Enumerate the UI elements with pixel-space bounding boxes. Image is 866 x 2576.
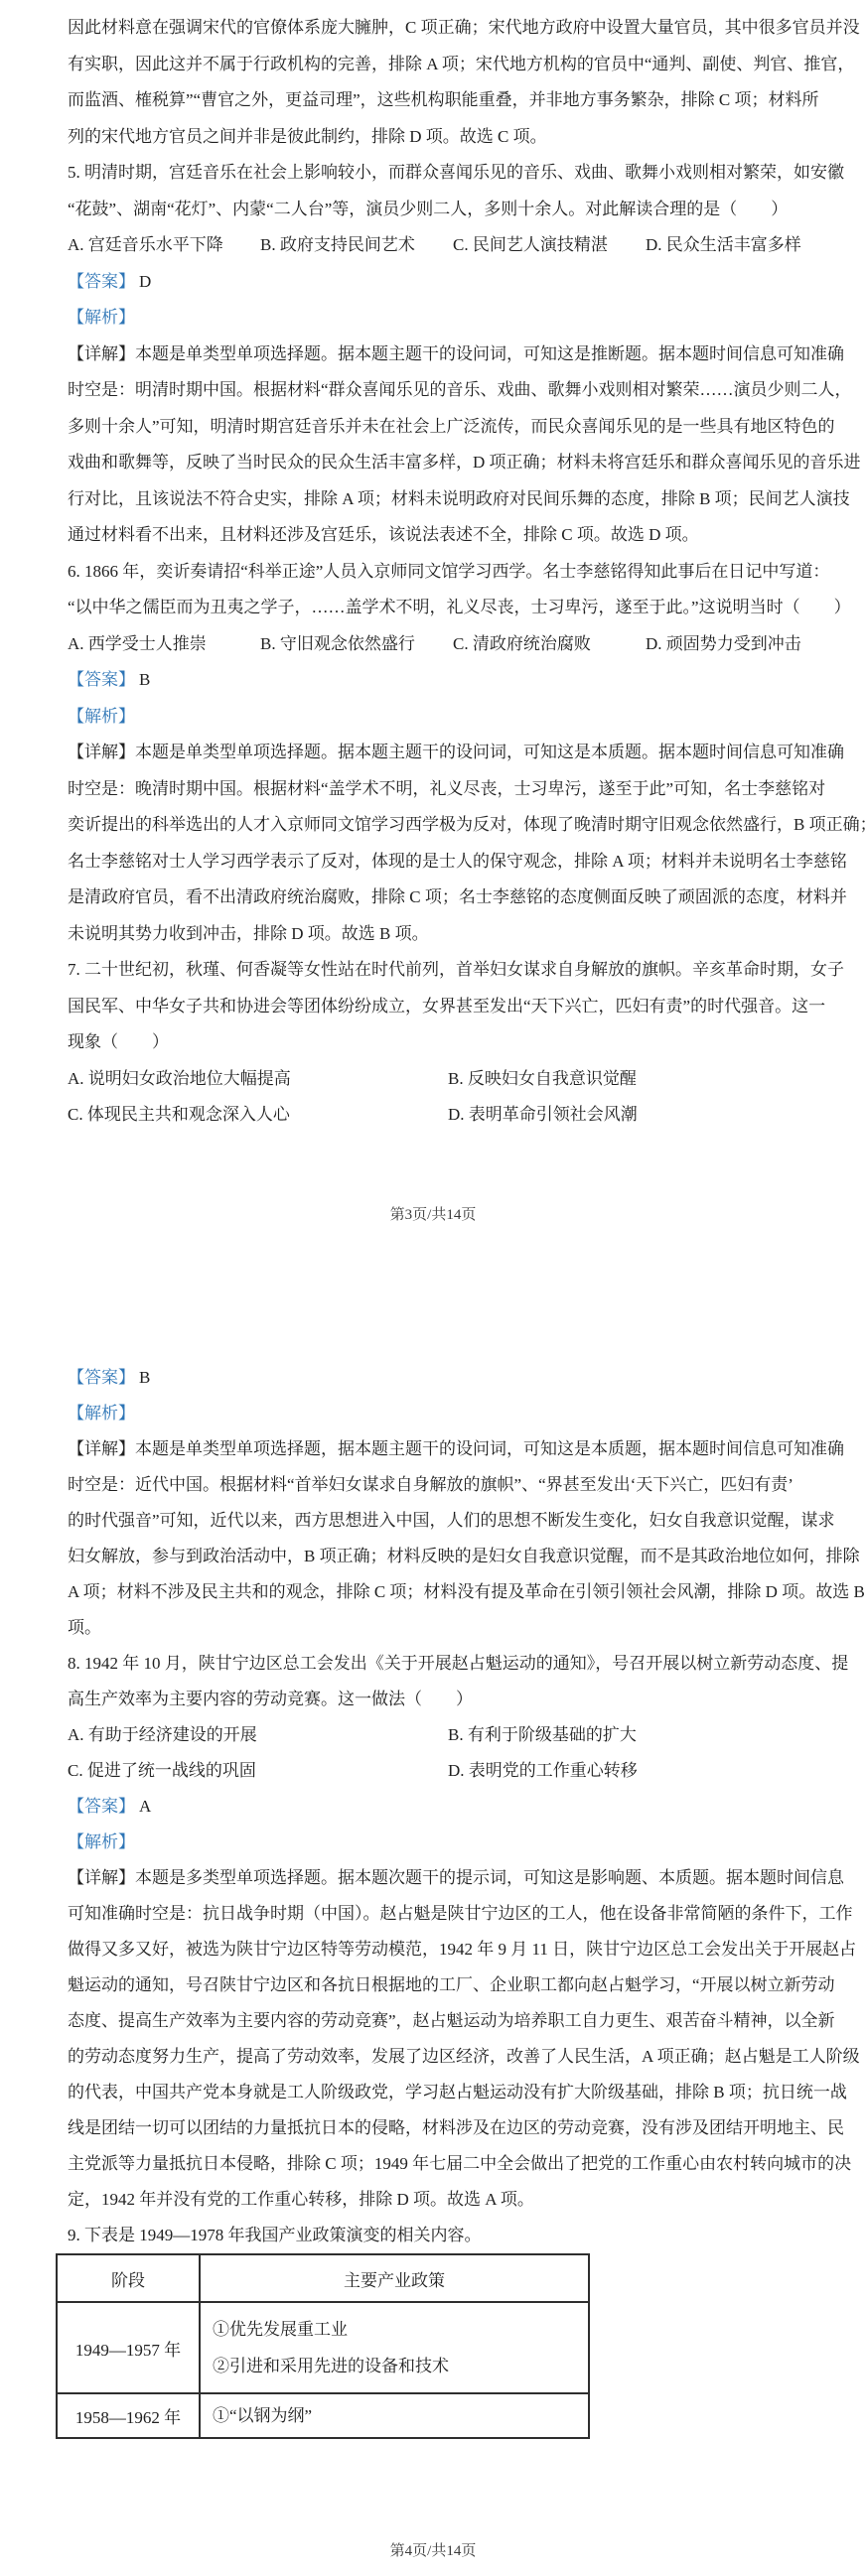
text-line: 未说明其势力收到冲击，排除 D 项。故选 B 项。	[68, 916, 852, 953]
text-line: 9. 下表是 1949—1978 年我国产业政策演变的相关内容。	[68, 2218, 852, 2253]
text-line: 现象（ ）	[68, 1024, 852, 1061]
option-label: A. 宫廷音乐水平下降	[68, 227, 260, 264]
options-line: C. 促进了统一战线的巩固D. 表明党的工作重心转移	[68, 1753, 852, 1789]
option-label: D. 民众生活丰富多样	[646, 227, 801, 264]
stage-cell: 1958—1962 年	[57, 2393, 200, 2438]
text-line: 通过材料看不出来，且材料还涉及宫廷乐，该说法表述不全，排除 C 项。故选 D 项…	[68, 517, 852, 554]
option-label: B. 守旧观念依然盛行	[260, 626, 453, 663]
option-label: A. 说明妇女政治地位大幅提高	[68, 1061, 448, 1098]
answer-line: 【答案】B	[68, 1360, 852, 1396]
options-line: A. 西学受士人推崇B. 守旧观念依然盛行C. 清政府统治腐败D. 顽固势力受到…	[68, 626, 852, 663]
table-header-policy: 主要产业政策	[200, 2254, 589, 2302]
option-label: C. 民间艺人演技精湛	[453, 227, 646, 264]
text-line: 【详解】本题是多类型单项选择题。据本题次题干的提示词，可知这是影响题、本质题。据…	[68, 1860, 852, 1896]
table-header-row: 阶段 主要产业政策	[57, 2254, 589, 2302]
stage-cell: 1949—1957 年	[57, 2302, 200, 2393]
analysis-label: 【解析】	[68, 707, 135, 726]
text-line: 的代表，中国共产党本身就是工人阶级政党，学习赵占魁运动没有扩大阶级基础，排除 B…	[68, 2075, 852, 2110]
text-line: 戏曲和歌舞等，反映了当时民众的民众生活丰富多样，D 项正确；材料未将宫廷乐和群众…	[68, 445, 852, 481]
policy-line: ②引进和采用先进的设备和技术	[201, 2348, 588, 2384]
policy-cell: ①优先发展重工业②引进和采用先进的设备和技术	[200, 2302, 589, 2393]
text-line: 而监酒、榷税算”“曹官之外，更益司理”，这些机构职能重叠，并非地方事务繁杂，排除…	[68, 82, 852, 119]
text-line: 6. 1866 年，奕䜣奏请招“科举正途”人员入京师同文馆学习西学。名士李慈铭得…	[68, 554, 852, 591]
text-line: 时空是：近代中国。根据材料“首举妇女谋求自身解放的旗帜”、“界甚至发出‘天下兴亡…	[68, 1467, 852, 1503]
answer-value: B	[139, 1368, 150, 1387]
analysis-line: 【解析】	[68, 1396, 852, 1431]
policy-line: ①“以钢为纲”	[201, 2397, 588, 2434]
text-line: 时空是：明清时期中国。根据材料“群众喜闻乐见的音乐、戏曲、歌舞小戏则相对繁荣………	[68, 372, 852, 409]
text-line: 妇女解放，参与到政治活动中，B 项正确；材料反映的是妇女自我意识觉醒，而不是其政…	[68, 1539, 852, 1574]
text-line: 可知准确时空是：抗日战争时期（中国）。赵占魁是陕甘宁边区的工人，他在设备非常简陋…	[68, 1896, 852, 1932]
option-label: B. 有利于阶级基础的扩大	[448, 1717, 637, 1753]
text-line: 魁运动的通知，号召陕甘宁边区和各抗日根据地的工厂、企业职工都向赵占魁学习，“开展…	[68, 1967, 852, 2003]
text-line: 【详解】本题是单类型单项选择题。据本题主题干的设问词，可知这是推断题。据本题时间…	[68, 337, 852, 373]
analysis-line: 【解析】	[68, 300, 852, 337]
text-line: 奕䜣提出的科举选出的人才入京师同文馆学习西学极为反对，体现了晚清时期守旧观念依然…	[68, 807, 852, 844]
text-line: 名士李慈铭对士人学习西学表示了反对，体现的是士人的保守观念，排除 A 项；材料并…	[68, 844, 852, 881]
text-line: 列的宋代地方官员之间并非是彼此制约，排除 D 项。故选 C 项。	[68, 119, 852, 156]
policy-line: ①优先发展重工业	[201, 2311, 588, 2348]
answer-line: 【答案】D	[68, 264, 852, 301]
answer-label: 【答案】	[68, 1368, 135, 1387]
answer-line: 【答案】A	[68, 1789, 852, 1825]
page4-text-block: 【答案】B【解析】【详解】本题是单类型单项选择题，据本题主题干的设问词，可知这是…	[68, 1360, 852, 2253]
answer-label: 【答案】	[68, 272, 135, 291]
analysis-label: 【解析】	[68, 1832, 135, 1851]
text-line: 高生产效率为主要内容的劳动竞赛。这一做法（ ）	[68, 1682, 852, 1717]
policy-cell: ①“以钢为纲”	[200, 2393, 589, 2438]
text-line: 线是团结一切可以团结的力量抵抗日本的侵略，材料涉及在边区的劳动竞赛，没有涉及团结…	[68, 2110, 852, 2146]
option-label: A. 西学受士人推崇	[68, 626, 260, 663]
text-line: 8. 1942 年 10 月，陕甘宁边区总工会发出《关于开展赵占魁运动的通知》，…	[68, 1646, 852, 1682]
text-line: 项。	[68, 1610, 852, 1646]
text-line: 多则十余人”可知，明清时期宫廷音乐并未在社会上广泛流传，而民众喜闻乐见的是一些具…	[68, 409, 852, 446]
answer-label: 【答案】	[68, 670, 135, 689]
analysis-line: 【解析】	[68, 699, 852, 736]
options-line: C. 体现民主共和观念深入人心D. 表明革命引领社会风潮	[68, 1097, 852, 1134]
option-label: C. 体现民主共和观念深入人心	[68, 1097, 448, 1134]
answer-value: D	[139, 272, 151, 291]
analysis-label: 【解析】	[68, 1404, 135, 1423]
text-line: 【详解】本题是单类型单项选择题。据本题主题干的设问词，可知这是本质题。据本题时间…	[68, 735, 852, 771]
text-line: 有实职，因此这并不属于行政机构的完善，排除 A 项；宋代地方机构的官员中“通判、…	[68, 47, 852, 83]
answer-line: 【答案】B	[68, 662, 852, 699]
text-line: 7. 二十世纪初，秋瑾、何香凝等女性站在时代前列，首举妇女谋求自身解放的旗帜。辛…	[68, 952, 852, 989]
text-line: 主党派等力量抵抗日本侵略，排除 C 项；1949 年七届二中全会做出了把党的工作…	[68, 2146, 852, 2182]
answer-value: A	[139, 1797, 151, 1816]
analysis-line: 【解析】	[68, 1825, 852, 1860]
text-line: 定，1942 年并没有党的工作重心转移，排除 D 项。故选 A 项。	[68, 2182, 852, 2218]
option-label: B. 反映妇女自我意识觉醒	[448, 1061, 637, 1098]
option-label: D. 顽固势力受到冲击	[646, 626, 801, 663]
answer-label: 【答案】	[68, 1797, 135, 1816]
table-row: 1949—1957 年①优先发展重工业②引进和采用先进的设备和技术	[57, 2302, 589, 2393]
text-line: “花鼓”、湖南“花灯”、内蒙“二人台”等，演员少则二人，多则十余人。对此解读合理…	[68, 192, 852, 228]
text-line: 行对比，且该说法不符合史实，排除 A 项；材料未说明政府对民间乐舞的态度，排除 …	[68, 481, 852, 518]
answer-value: B	[139, 670, 150, 689]
text-line: 的时代强音”可知，近代以来，西方思想进入中国，人们的思想不断发生变化，妇女自我意…	[68, 1503, 852, 1539]
options-line: A. 说明妇女政治地位大幅提高B. 反映妇女自我意识觉醒	[68, 1061, 852, 1098]
option-label: C. 促进了统一战线的巩固	[68, 1753, 448, 1789]
page3-footer: 第3页/共14页	[0, 1203, 866, 1224]
option-label: D. 表明党的工作重心转移	[448, 1753, 638, 1789]
text-line: A 项；材料不涉及民主共和的观念，排除 C 项；材料没有提及革命在引领引领社会风…	[68, 1574, 852, 1610]
text-line: 做得又多又好，被选为陕甘宁边区特等劳动模范，1942 年 9 月 11 日，陕甘…	[68, 1932, 852, 1967]
text-line: 时空是：晚清时期中国。根据材料“盖学术不明，礼义尽丧，士习卑污，遂至于此”可知，…	[68, 771, 852, 808]
page3-text-block: 因此材料意在强调宋代的官僚体系庞大臃肿，C 项正确；宋代地方政府中设置大量官员，…	[68, 10, 852, 1134]
table-header-stage: 阶段	[57, 2254, 200, 2302]
options-line: A. 有助于经济建设的开展B. 有利于阶级基础的扩大	[68, 1717, 852, 1753]
industry-policy-table: 阶段 主要产业政策 1949—1957 年①优先发展重工业②引进和采用先进的设备…	[56, 2253, 590, 2439]
text-line: 态度、提高生产效率为主要内容的劳动竞赛”，赵占魁运动为培养职工自力更生、艰苦奋斗…	[68, 2003, 852, 2039]
option-label: D. 表明革命引领社会风潮	[448, 1097, 638, 1134]
option-label: C. 清政府统治腐败	[453, 626, 646, 663]
text-line: 是清政府官员，看不出清政府统治腐败，排除 C 项；名士李慈铭的态度侧面反映了顽固…	[68, 880, 852, 916]
page4-footer: 第4页/共14页	[0, 2539, 866, 2560]
analysis-label: 【解析】	[68, 308, 135, 327]
option-label: A. 有助于经济建设的开展	[68, 1717, 448, 1753]
options-line: A. 宫廷音乐水平下降B. 政府支持民间艺术C. 民间艺人演技精湛D. 民众生活…	[68, 227, 852, 264]
text-line: 5. 明清时期，宫廷音乐在社会上影响较小，而群众喜闻乐见的音乐、戏曲、歌舞小戏则…	[68, 155, 852, 192]
text-line: 【详解】本题是单类型单项选择题，据本题主题干的设问词，可知这是本质题，据本题时间…	[68, 1431, 852, 1467]
text-line: 因此材料意在强调宋代的官僚体系庞大臃肿，C 项正确；宋代地方政府中设置大量官员，…	[68, 10, 852, 47]
option-label: B. 政府支持民间艺术	[260, 227, 453, 264]
table-row: 1958—1962 年①“以钢为纲”	[57, 2393, 589, 2438]
text-line: 的劳动态度努力生产，提高了劳动效率，发展了边区经济，改善了人民生活，A 项正确；…	[68, 2039, 852, 2075]
text-line: 国民军、中华女子共和协进会等团体纷纷成立，女界甚至发出“天下兴亡，匹妇有责”的时…	[68, 989, 852, 1025]
text-line: “以中华之儒臣而为丑夷之学子，……盖学术不明，礼义尽丧，士习卑污，遂至于此。”这…	[68, 590, 852, 626]
